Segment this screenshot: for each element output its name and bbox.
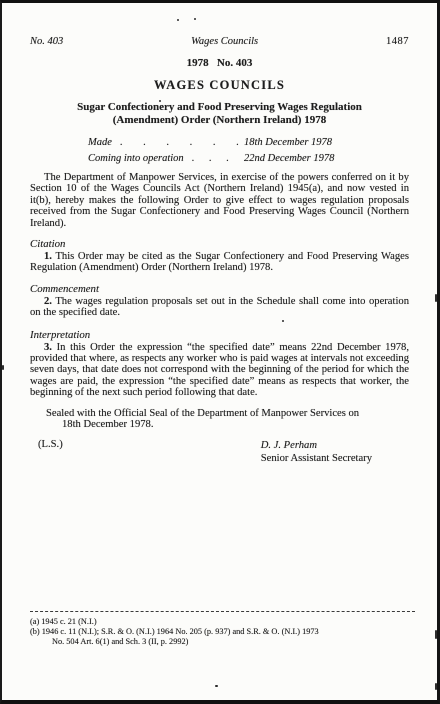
paragraph-1-number: 1.	[44, 251, 52, 262]
operation-date-row: Coming into operation . . . 22nd Decembe…	[88, 151, 378, 167]
paragraph-3-number: 3.	[44, 342, 52, 353]
paragraph-3: 3. In this Order the expression “the spe…	[30, 342, 409, 399]
seal-abbreviation: (L.S.)	[38, 439, 63, 465]
signatory-title: Senior Assistant Secretary	[261, 452, 372, 465]
paragraph-1: 1. This Order may be cited as the Sugar …	[30, 251, 409, 274]
sealing-clause-line1: Sealed with the Official Seal of the Dep…	[46, 408, 409, 420]
operation-date: 22nd December 1978	[244, 151, 378, 167]
sealing-clause: Sealed with the Official Seal of the Dep…	[30, 408, 409, 431]
sealing-clause-line2: 18th December 1978.	[62, 419, 409, 431]
scan-edge-tick	[435, 630, 437, 639]
signature-block: (L.S.) D. J. Perham Senior Assistant Sec…	[30, 439, 409, 465]
paragraph-2-text: The wages regulation proposals set out i…	[30, 296, 409, 318]
scan-edge-tick	[435, 294, 437, 302]
running-header-title: Wages Councils	[191, 36, 258, 47]
paragraph-3-text: In this Order the expression “the specif…	[30, 342, 409, 399]
scan-speck	[215, 685, 218, 687]
page-number: 1487	[386, 36, 409, 47]
scan-speck	[2, 365, 4, 370]
running-header-number: No. 403	[30, 36, 63, 47]
document-page: No. 403 Wages Councils 1487 1978 No. 403…	[0, 0, 440, 704]
paragraph-2-number: 2.	[44, 296, 52, 307]
section-heading-interpretation: Interpretation	[30, 329, 409, 341]
made-date: 18th December 1978	[244, 135, 378, 151]
signatory: D. J. Perham Senior Assistant Secretary	[261, 439, 372, 465]
footnote-separator-rule	[30, 611, 415, 612]
paragraph-2: 2. The wages regulation proposals set ou…	[30, 296, 409, 319]
scan-speck	[194, 18, 196, 20]
series-title: WAGES COUNCILS	[30, 78, 409, 93]
footnote-b-line1: (b) 1946 c. 11 (N.I.); S.R. & O. (N.I.) …	[30, 627, 415, 637]
scan-edge-tick	[435, 683, 437, 690]
signatory-name: D. J. Perham	[261, 439, 372, 452]
operation-label: Coming into operation	[88, 151, 184, 167]
section-heading-commencement: Commencement	[30, 283, 409, 295]
footnotes: (a) 1945 c. 21 (N.I.) (b) 1946 c. 11 (N.…	[30, 611, 415, 646]
scan-speck	[282, 320, 284, 322]
paragraph-1-text: This Order may be cited as the Sugar Con…	[30, 251, 409, 273]
footnote-a: (a) 1945 c. 21 (N.I.)	[30, 617, 415, 627]
section-heading-citation: Citation	[30, 238, 409, 250]
scan-speck	[159, 100, 161, 102]
preamble-paragraph: The Department of Manpower Services, in …	[30, 172, 409, 229]
made-date-row: Made . . . . . . 18th December 1978	[88, 135, 378, 151]
issue-line: 1978 No. 403	[30, 57, 409, 69]
date-table: Made . . . . . . 18th December 1978 Comi…	[88, 135, 378, 167]
document-title: Sugar Confectionery and Food Preserving …	[30, 101, 409, 127]
running-header: No. 403 Wages Councils 1487	[30, 36, 409, 47]
dot-leader: . . .	[184, 151, 244, 167]
dot-leader: . . . . . .	[112, 135, 244, 151]
document-title-line1: Sugar Confectionery and Food Preserving …	[30, 101, 409, 114]
document-title-line2: (Amendment) Order (Northern Ireland) 197…	[30, 114, 409, 127]
scan-speck	[177, 19, 179, 21]
footnote-b-line2: No. 504 Art. 6(1) and Sch. 3 (II, p. 299…	[52, 637, 415, 647]
made-label: Made	[88, 135, 112, 151]
